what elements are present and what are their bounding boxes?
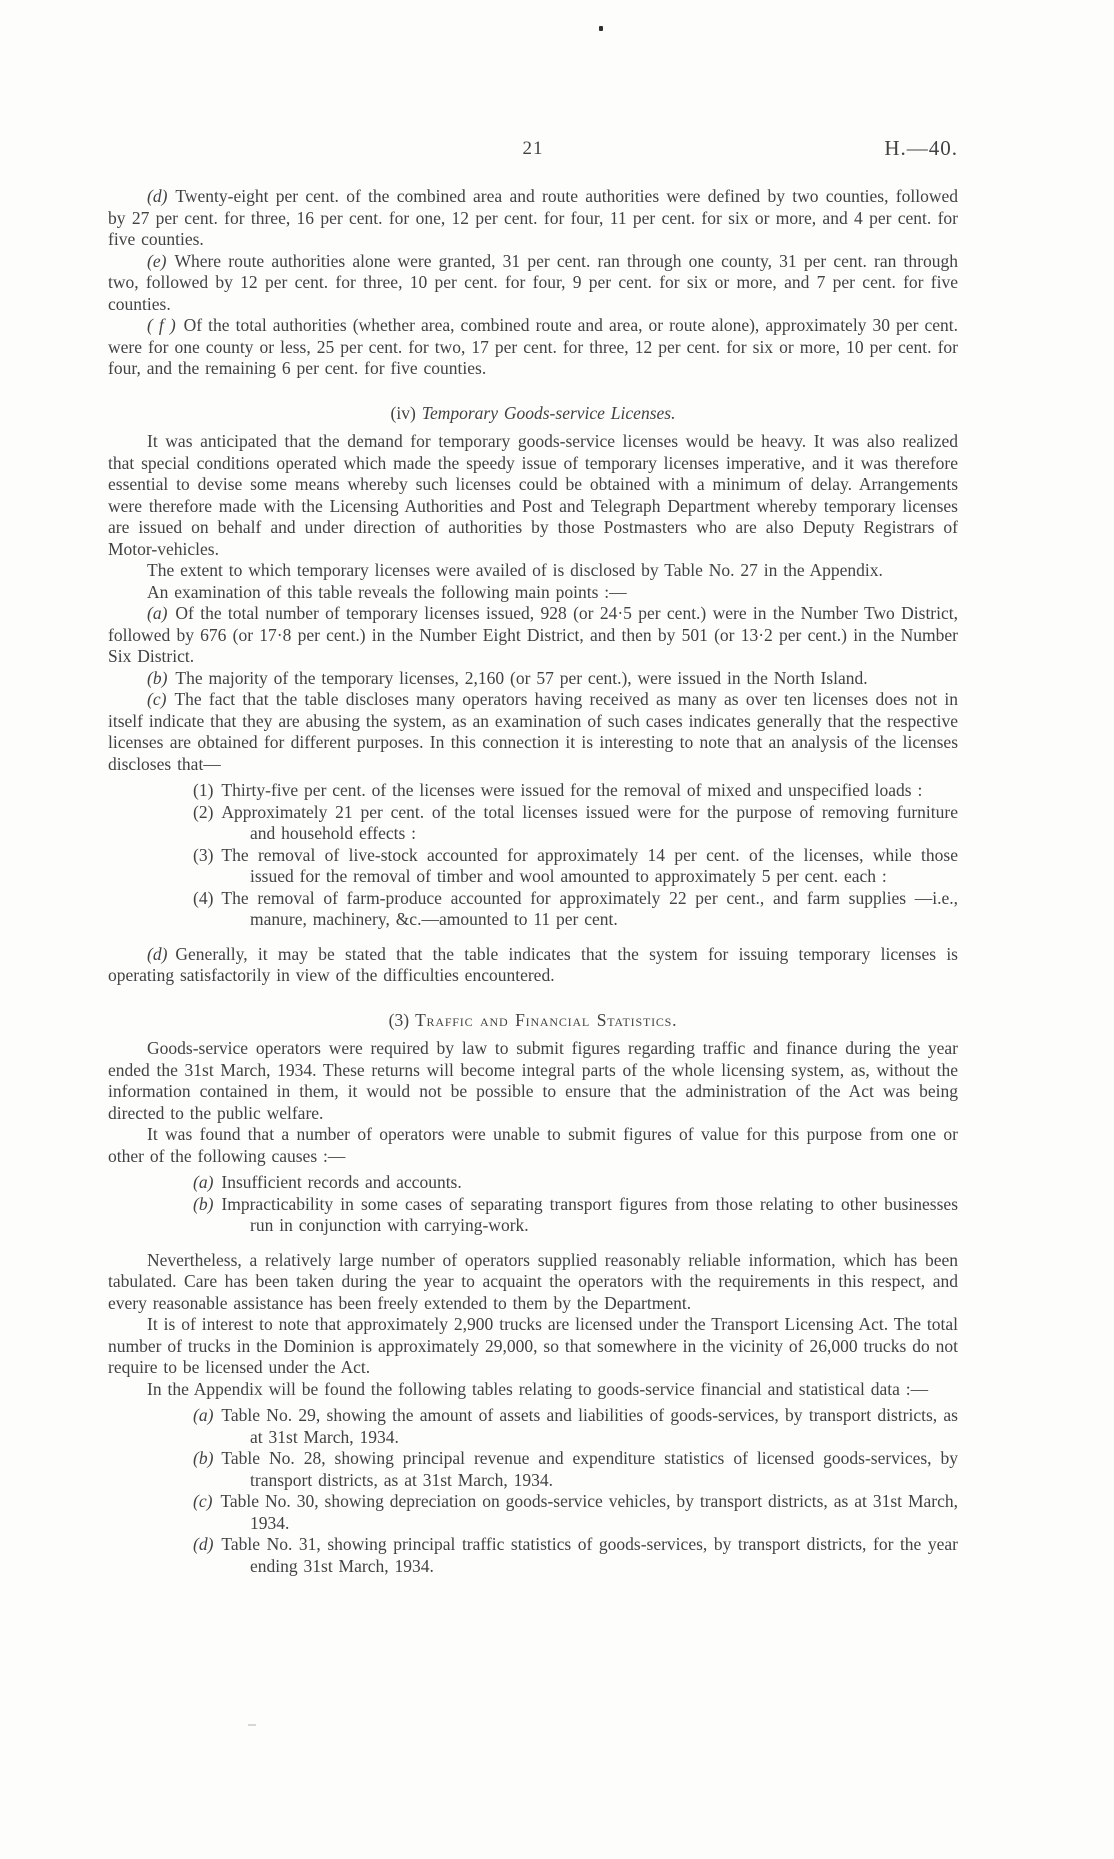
list-item-1: (1)Thirty-five per cent. of the licenses… [108, 780, 958, 802]
paragraph-text: Generally, it may be stated that the tab… [108, 944, 958, 986]
section-heading-iv: (iv)Temporary Goods-service Licenses. [108, 403, 958, 425]
list-item-table-a: (a)Table No. 29, showing the amount of a… [108, 1405, 958, 1448]
list-item-4: (4)The removal of farm-produce accounted… [108, 888, 958, 931]
page-number: 21 [108, 138, 958, 160]
paragraph-intro-d: (d)Twenty-eight per cent. of the combine… [108, 186, 958, 251]
list-item-table-c: (c)Table No. 30, showing depreciation on… [108, 1491, 958, 1534]
paragraph-intro-f: ( f )Of the total authorities (whether a… [108, 315, 958, 380]
list-item-text: Table No. 31, showing principal traffic … [221, 1534, 958, 1576]
paragraph-text: Of the total authorities (whether area, … [108, 315, 958, 378]
list-item-text: Impracticability in some cases of separa… [221, 1194, 958, 1236]
causes-list: (a)Insufficient records and accounts. (b… [108, 1172, 958, 1237]
list-item-label: (3) [193, 845, 213, 865]
page-header: 21 H.—40. [108, 138, 958, 164]
list-item-b: (b)Impracticability in some cases of sep… [108, 1194, 958, 1237]
list-item-table-b: (b)Table No. 28, showing principal reven… [108, 1448, 958, 1491]
list-item-table-d: (d)Table No. 31, showing principal traff… [108, 1534, 958, 1577]
paragraph: Nevertheless, a relatively large number … [108, 1250, 958, 1315]
scan-speck [599, 26, 603, 31]
paragraph-label: (d) [147, 944, 167, 964]
list-item-a: (a)Insufficient records and accounts. [108, 1172, 958, 1194]
list-item-label: (1) [193, 780, 213, 800]
document-page: 21 H.—40. (d)Twenty-eight per cent. of t… [0, 0, 1114, 1859]
paragraph-label: (e) [147, 251, 166, 271]
document-reference: H.—40. [884, 136, 958, 161]
document-body: (d)Twenty-eight per cent. of the combine… [108, 186, 958, 1582]
scan-speck [248, 1724, 256, 1726]
paragraph: The extent to which temporary licenses w… [108, 560, 958, 582]
list-item-label: (2) [193, 802, 213, 822]
analysis-list: (1)Thirty-five per cent. of the licenses… [108, 780, 958, 931]
list-item-text: The removal of farm-produce accounted fo… [221, 888, 958, 930]
paragraph: It was found that a number of operators … [108, 1124, 958, 1167]
list-item-text: Approximately 21 per cent. of the total … [221, 802, 958, 844]
paragraph-text: The majority of the temporary licenses, … [175, 668, 867, 688]
section-heading-3: (3)Traffic and Financial Statistics. [108, 1010, 958, 1032]
paragraph-conclusion-d: (d)Generally, it may be stated that the … [108, 944, 958, 987]
list-item-label: (c) [193, 1491, 212, 1511]
list-item-label: (a) [193, 1405, 213, 1425]
list-item-text: The removal of live-stock accounted for … [221, 845, 958, 887]
list-item-2: (2)Approximately 21 per cent. of the tot… [108, 802, 958, 845]
heading-title: Traffic and Financial Statistics. [415, 1010, 677, 1030]
paragraph-intro-e: (e)Where route authorities alone were gr… [108, 251, 958, 316]
tables-list: (a)Table No. 29, showing the amount of a… [108, 1405, 958, 1577]
paragraph-text: The fact that the table discloses many o… [108, 689, 958, 774]
list-item-text: Table No. 30, showing depreciation on go… [220, 1491, 958, 1533]
paragraph: It was anticipated that the demand for t… [108, 431, 958, 560]
paragraph-label: ( f ) [147, 315, 176, 335]
paragraph-label: (b) [147, 668, 167, 688]
list-item-label: (b) [193, 1194, 213, 1214]
paragraph: It is of interest to note that approxima… [108, 1314, 958, 1379]
paragraph: An examination of this table reveals the… [108, 582, 958, 604]
paragraph: In the Appendix will be found the follow… [108, 1379, 958, 1401]
list-item-text: Table No. 29, showing the amount of asse… [221, 1405, 958, 1447]
list-item-text: Thirty-five per cent. of the licenses we… [221, 780, 922, 800]
heading-title: Temporary Goods-service Licenses. [422, 403, 676, 423]
list-item-text: Table No. 28, showing principal revenue … [221, 1448, 958, 1490]
list-item-label: (d) [193, 1534, 213, 1554]
list-item-3: (3)The removal of live-stock accounted f… [108, 845, 958, 888]
paragraph-text: Of the total number of temporary license… [108, 603, 958, 666]
paragraph: Goods-service operators were required by… [108, 1038, 958, 1124]
paragraph-point-c: (c)The fact that the table discloses man… [108, 689, 958, 775]
paragraph-label: (a) [147, 603, 167, 623]
list-item-label: (a) [193, 1172, 213, 1192]
paragraph-label: (d) [147, 186, 167, 206]
paragraph-point-a: (a)Of the total number of temporary lice… [108, 603, 958, 668]
heading-prefix: (iv) [391, 403, 416, 423]
paragraph-point-b: (b)The majority of the temporary license… [108, 668, 958, 690]
paragraph-text: Where route authorities alone were grant… [108, 251, 958, 314]
heading-prefix: (3) [389, 1010, 409, 1030]
list-item-label: (4) [193, 888, 213, 908]
list-item-text: Insufficient records and accounts. [221, 1172, 461, 1192]
list-item-label: (b) [193, 1448, 213, 1468]
paragraph-text: Twenty-eight per cent. of the combined a… [108, 186, 958, 249]
paragraph-label: (c) [147, 689, 166, 709]
